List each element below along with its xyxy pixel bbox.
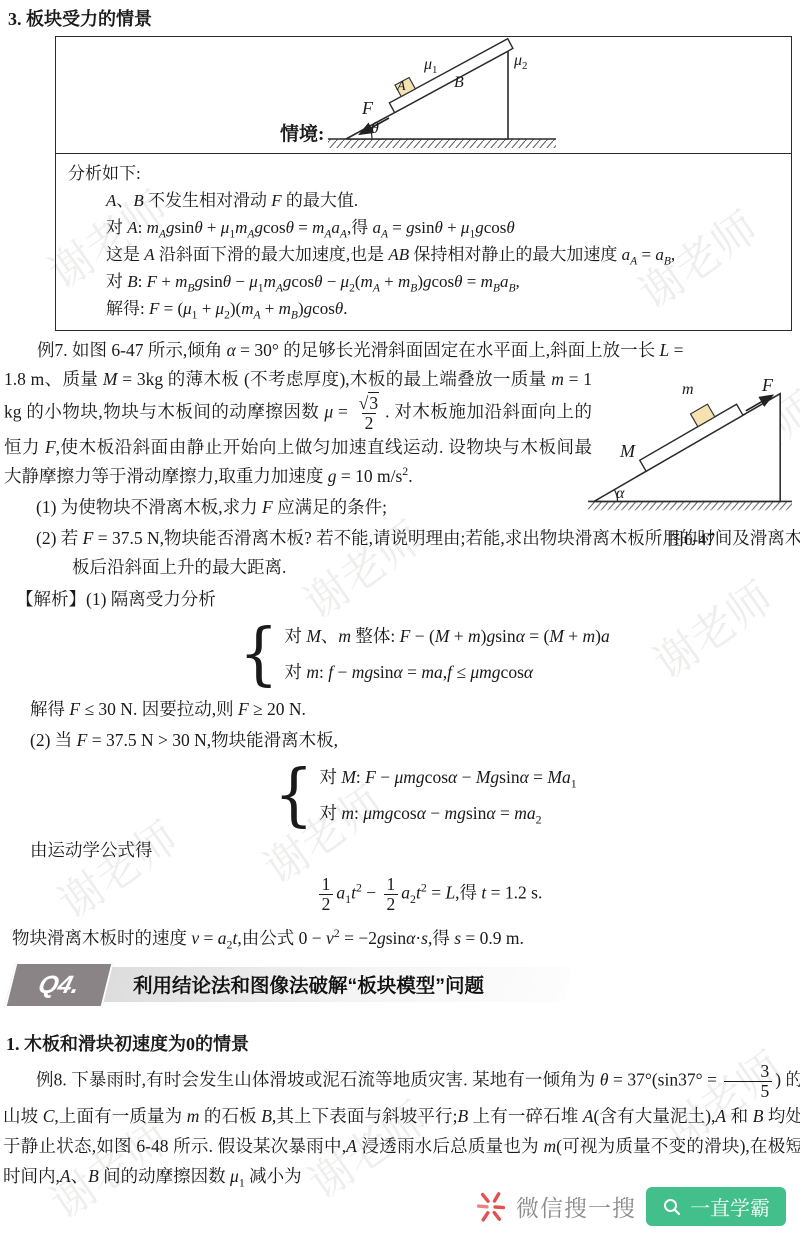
label-mu1: μ1 <box>424 57 437 73</box>
ground-hatch <box>328 139 556 148</box>
analysis-line: 这是 A 沿斜面下滑的最大加速度,也是 AB 保持相对静止的最大加速度 aA =… <box>68 241 779 268</box>
ground-hatch <box>588 501 792 510</box>
label-alpha: α <box>616 486 624 502</box>
analysis-line: 对 A: mAgsinθ + μ1mAgcosθ = mAaA,得 aA = g… <box>68 214 779 241</box>
label-F: F <box>362 99 373 117</box>
magnifier-icon <box>662 1197 682 1217</box>
scenario-box: μ1 B μ2 A F θ 情境: 分析如下: A、B 不发生相对滑动 F 的最… <box>55 36 792 331</box>
document-page: 谢老师 谢老师 谢老师 谢老师 谢老师 谢老师 谢老师 谢老师 谢老师 谢老师 … <box>0 0 800 1235</box>
analysis-title: 分析如下: <box>68 160 779 187</box>
equation-system-2: { 对 M: F − μmgcosα − Mgsinα = Ma1 对 m: μ… <box>4 763 800 828</box>
label-theta: θ <box>371 121 379 137</box>
equation-line: 对 m: μmgcosα − mgsinα = ma2 <box>319 799 576 828</box>
analysis-line: A、B 不发生相对滑动 F 的最大值. <box>68 187 779 214</box>
figure-caption: 情境: <box>280 119 324 146</box>
kinematics-equation: 12a1t2 − 12a2t2 = L,得 t = 1.2 s. <box>4 875 800 914</box>
solution-line: 解得 F ≤ 30 N. 因要拉动,则 F ≥ 20 N. <box>30 695 800 724</box>
solution-line: (2) 当 F = 37.5 N > 30 N,物块能滑离木板, <box>30 726 800 755</box>
section1-heading: 1. 木板和滑块初速度为0的情景 <box>6 1030 249 1056</box>
equation-line: 对 m: f − mgsinα = ma,f ≤ μmgcosα <box>284 658 609 687</box>
analysis-line: 对 B: F + mBgsinθ − μ1mAgcosθ − μ2(mA + m… <box>68 268 779 295</box>
figure-6-47-caption: 图6-47 <box>588 525 794 554</box>
equation-line: 对 M: F − μmgcosα − Mgsinα = Ma1 <box>319 763 576 792</box>
example7-body: 1.8 m、质量 M = 3kg 的薄木板 (不考虑厚度),木板的最上端叠放一质… <box>4 365 592 491</box>
example7-block: 例7. 如图 6-47 所示,倾角 α = 30° 的足够长光滑斜面固定在水平面… <box>0 336 800 953</box>
solution-line: 由运动学公式得 <box>30 836 800 865</box>
q4-badge: Q4. <box>4 962 113 1008</box>
brace-icon: { <box>239 625 278 683</box>
scenario-figure: μ1 B μ2 A F θ 情境: <box>56 37 791 153</box>
label-A: A <box>397 80 406 94</box>
q4-section-header: Q4. 利用结论法和图像法破解“板块模型”问题 <box>0 961 800 1009</box>
label-m: m <box>682 382 694 398</box>
xueba-search-button[interactable]: 一直学霸 <box>646 1187 786 1226</box>
label-F: F <box>762 376 773 394</box>
example8-paragraph: 例8. 下暴雨时,有时会发生山体滑坡或泥石流等地质灾害. 某地有一倾角为 θ =… <box>0 1062 800 1191</box>
q4-badge-label: Q4. <box>35 971 83 1000</box>
xueba-button-label: 一直学霸 <box>690 1192 770 1221</box>
section3-heading: 3. 板块受力的情景 <box>8 5 152 31</box>
incline-figure-svg <box>56 37 791 153</box>
equation-system-1: { 对 M、m 整体: F − (M + m)gsinα = (M + m)a … <box>4 622 800 687</box>
example7-line1: 例7. 如图 6-47 所示,倾角 α = 30° 的足够长光滑斜面固定在水平面… <box>4 336 800 365</box>
equation-line: 对 M、m 整体: F − (M + m)gsinα = (M + m)a <box>284 622 609 651</box>
wechat-search-asterisk-icon <box>476 1192 506 1222</box>
q4-title: 利用结论法和图像法破解“板块模型”问题 <box>133 970 484 998</box>
wechat-search-label: 微信搜一搜 <box>516 1190 636 1223</box>
brace-icon: { <box>274 766 313 824</box>
label-M: M <box>620 442 635 460</box>
analysis-section: 分析如下: A、B 不发生相对滑动 F 的最大值. 对 A: mAgsinθ +… <box>56 153 791 330</box>
analysis-line: 解得: F = (μ1 + μ2)(mA + mB)gcosθ. <box>68 295 779 322</box>
label-mu2: μ2 <box>514 53 527 69</box>
label-B: B <box>454 75 464 91</box>
solution-label: 【解析】(1) 隔离受力分析 <box>16 585 800 614</box>
solution-final-line: 物块滑离木板时的速度 v = a2t,由公式 0 − v2 = −2gsinα·… <box>12 924 800 953</box>
figure-6-47: m F M α 图6-47 <box>588 376 794 554</box>
wechat-search-footer: 微信搜一搜 一直学霸 <box>464 1182 794 1231</box>
